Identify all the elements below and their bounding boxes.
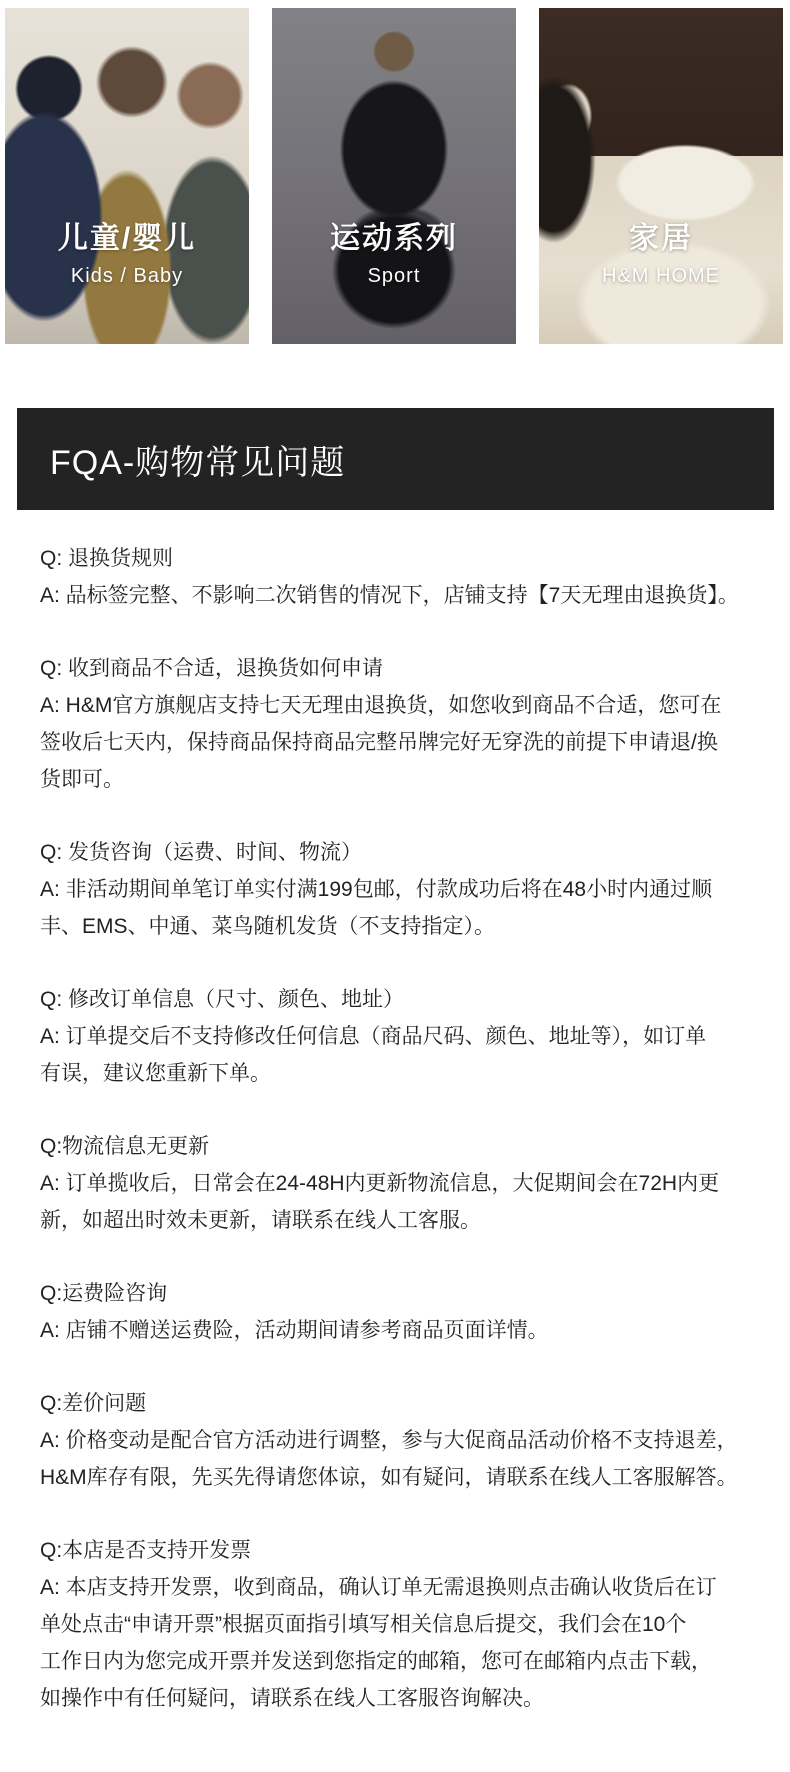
sport-photo: [272, 8, 516, 344]
faq-question: Q:运费险咨询: [40, 1275, 780, 1312]
faq-answer: A: 非活动期间单笔订单实付满199包邮，付款成功后将在48小时内通过顺 丰、E…: [40, 871, 780, 945]
product-detail-page: 儿童/婴儿 Kids / Baby 运动系列 Sport 家居 H&M HOME…: [0, 8, 790, 1717]
category-title-en: Kids / Baby: [5, 266, 249, 286]
faq-question: Q: 修改订单信息（尺寸、颜色、地址）: [40, 981, 780, 1018]
faq-answer: A: 本店支持开发票，收到商品，确认订单无需退换则点击确认收货后在订 单处点击“…: [40, 1569, 780, 1717]
category-caption: 家居 H&M HOME: [539, 224, 783, 286]
faq-question: Q:物流信息无更新: [40, 1128, 780, 1165]
faq-item: Q: 发货咨询（运费、时间、物流） A: 非活动期间单笔订单实付满199包邮，付…: [40, 834, 780, 945]
faq-question: Q: 收到商品不合适，退换货如何申请: [40, 650, 780, 687]
category-title-zh: 家居: [539, 224, 783, 254]
home-photo: [539, 8, 783, 344]
category-title-zh: 儿童/婴儿: [5, 224, 249, 254]
faq-question: Q:差价问题: [40, 1385, 780, 1422]
category-card-kids[interactable]: 儿童/婴儿 Kids / Baby: [5, 8, 249, 344]
faq-body: Q: 退换货规则 A: 品标签完整、不影响二次销售的情况下，店铺支持【7天无理由…: [40, 540, 780, 1717]
faq-item: Q:本店是否支持开发票 A: 本店支持开发票，收到商品，确认订单无需退换则点击确…: [40, 1532, 780, 1717]
faq-answer: A: 订单揽收后，日常会在24-48H内更新物流信息，大促期间会在72H内更 新…: [40, 1165, 780, 1239]
faq-item: Q:差价问题 A: 价格变动是配合官方活动进行调整，参与大促商品活动价格不支持退…: [40, 1385, 780, 1496]
category-title-zh: 运动系列: [272, 224, 516, 254]
faq-item: Q:运费险咨询 A: 店铺不赠送运费险，活动期间请参考商品页面详情。: [40, 1275, 780, 1349]
faq-item: Q: 修改订单信息（尺寸、颜色、地址） A: 订单提交后不支持修改任何信息（商品…: [40, 981, 780, 1092]
faq-item: Q: 退换货规则 A: 品标签完整、不影响二次销售的情况下，店铺支持【7天无理由…: [40, 540, 780, 614]
faq-answer: A: 品标签完整、不影响二次销售的情况下，店铺支持【7天无理由退换货】。: [40, 577, 780, 614]
kids-photo: [5, 8, 249, 344]
faq-item: Q: 收到商品不合适，退换货如何申请 A: H&M官方旗舰店支持七天无理由退换货…: [40, 650, 780, 798]
faq-question: Q:本店是否支持开发票: [40, 1532, 780, 1569]
faq-header-banner: FQA-购物常见问题: [17, 408, 774, 510]
faq-header-title: FQA-购物常见问题: [50, 435, 345, 484]
category-card-sport[interactable]: 运动系列 Sport: [272, 8, 516, 344]
category-title-en: H&M HOME: [539, 266, 783, 286]
category-caption: 运动系列 Sport: [272, 224, 516, 286]
category-title-en: Sport: [272, 266, 516, 286]
category-cards-row: 儿童/婴儿 Kids / Baby 运动系列 Sport 家居 H&M HOME: [5, 8, 783, 344]
faq-answer: A: 订单提交后不支持修改任何信息（商品尺码、颜色、地址等），如订单 有误，建议…: [40, 1018, 780, 1092]
faq-answer: A: 店铺不赠送运费险，活动期间请参考商品页面详情。: [40, 1312, 780, 1349]
category-card-home[interactable]: 家居 H&M HOME: [539, 8, 783, 344]
faq-question: Q: 退换货规则: [40, 540, 780, 577]
faq-answer: A: H&M官方旗舰店支持七天无理由退换货，如您收到商品不合适，您可在 签收后七…: [40, 687, 780, 798]
category-caption: 儿童/婴儿 Kids / Baby: [5, 224, 249, 286]
faq-item: Q:物流信息无更新 A: 订单揽收后，日常会在24-48H内更新物流信息，大促期…: [40, 1128, 780, 1239]
faq-question: Q: 发货咨询（运费、时间、物流）: [40, 834, 780, 871]
faq-answer: A: 价格变动是配合官方活动进行调整，参与大促商品活动价格不支持退差， H&M库…: [40, 1422, 780, 1496]
